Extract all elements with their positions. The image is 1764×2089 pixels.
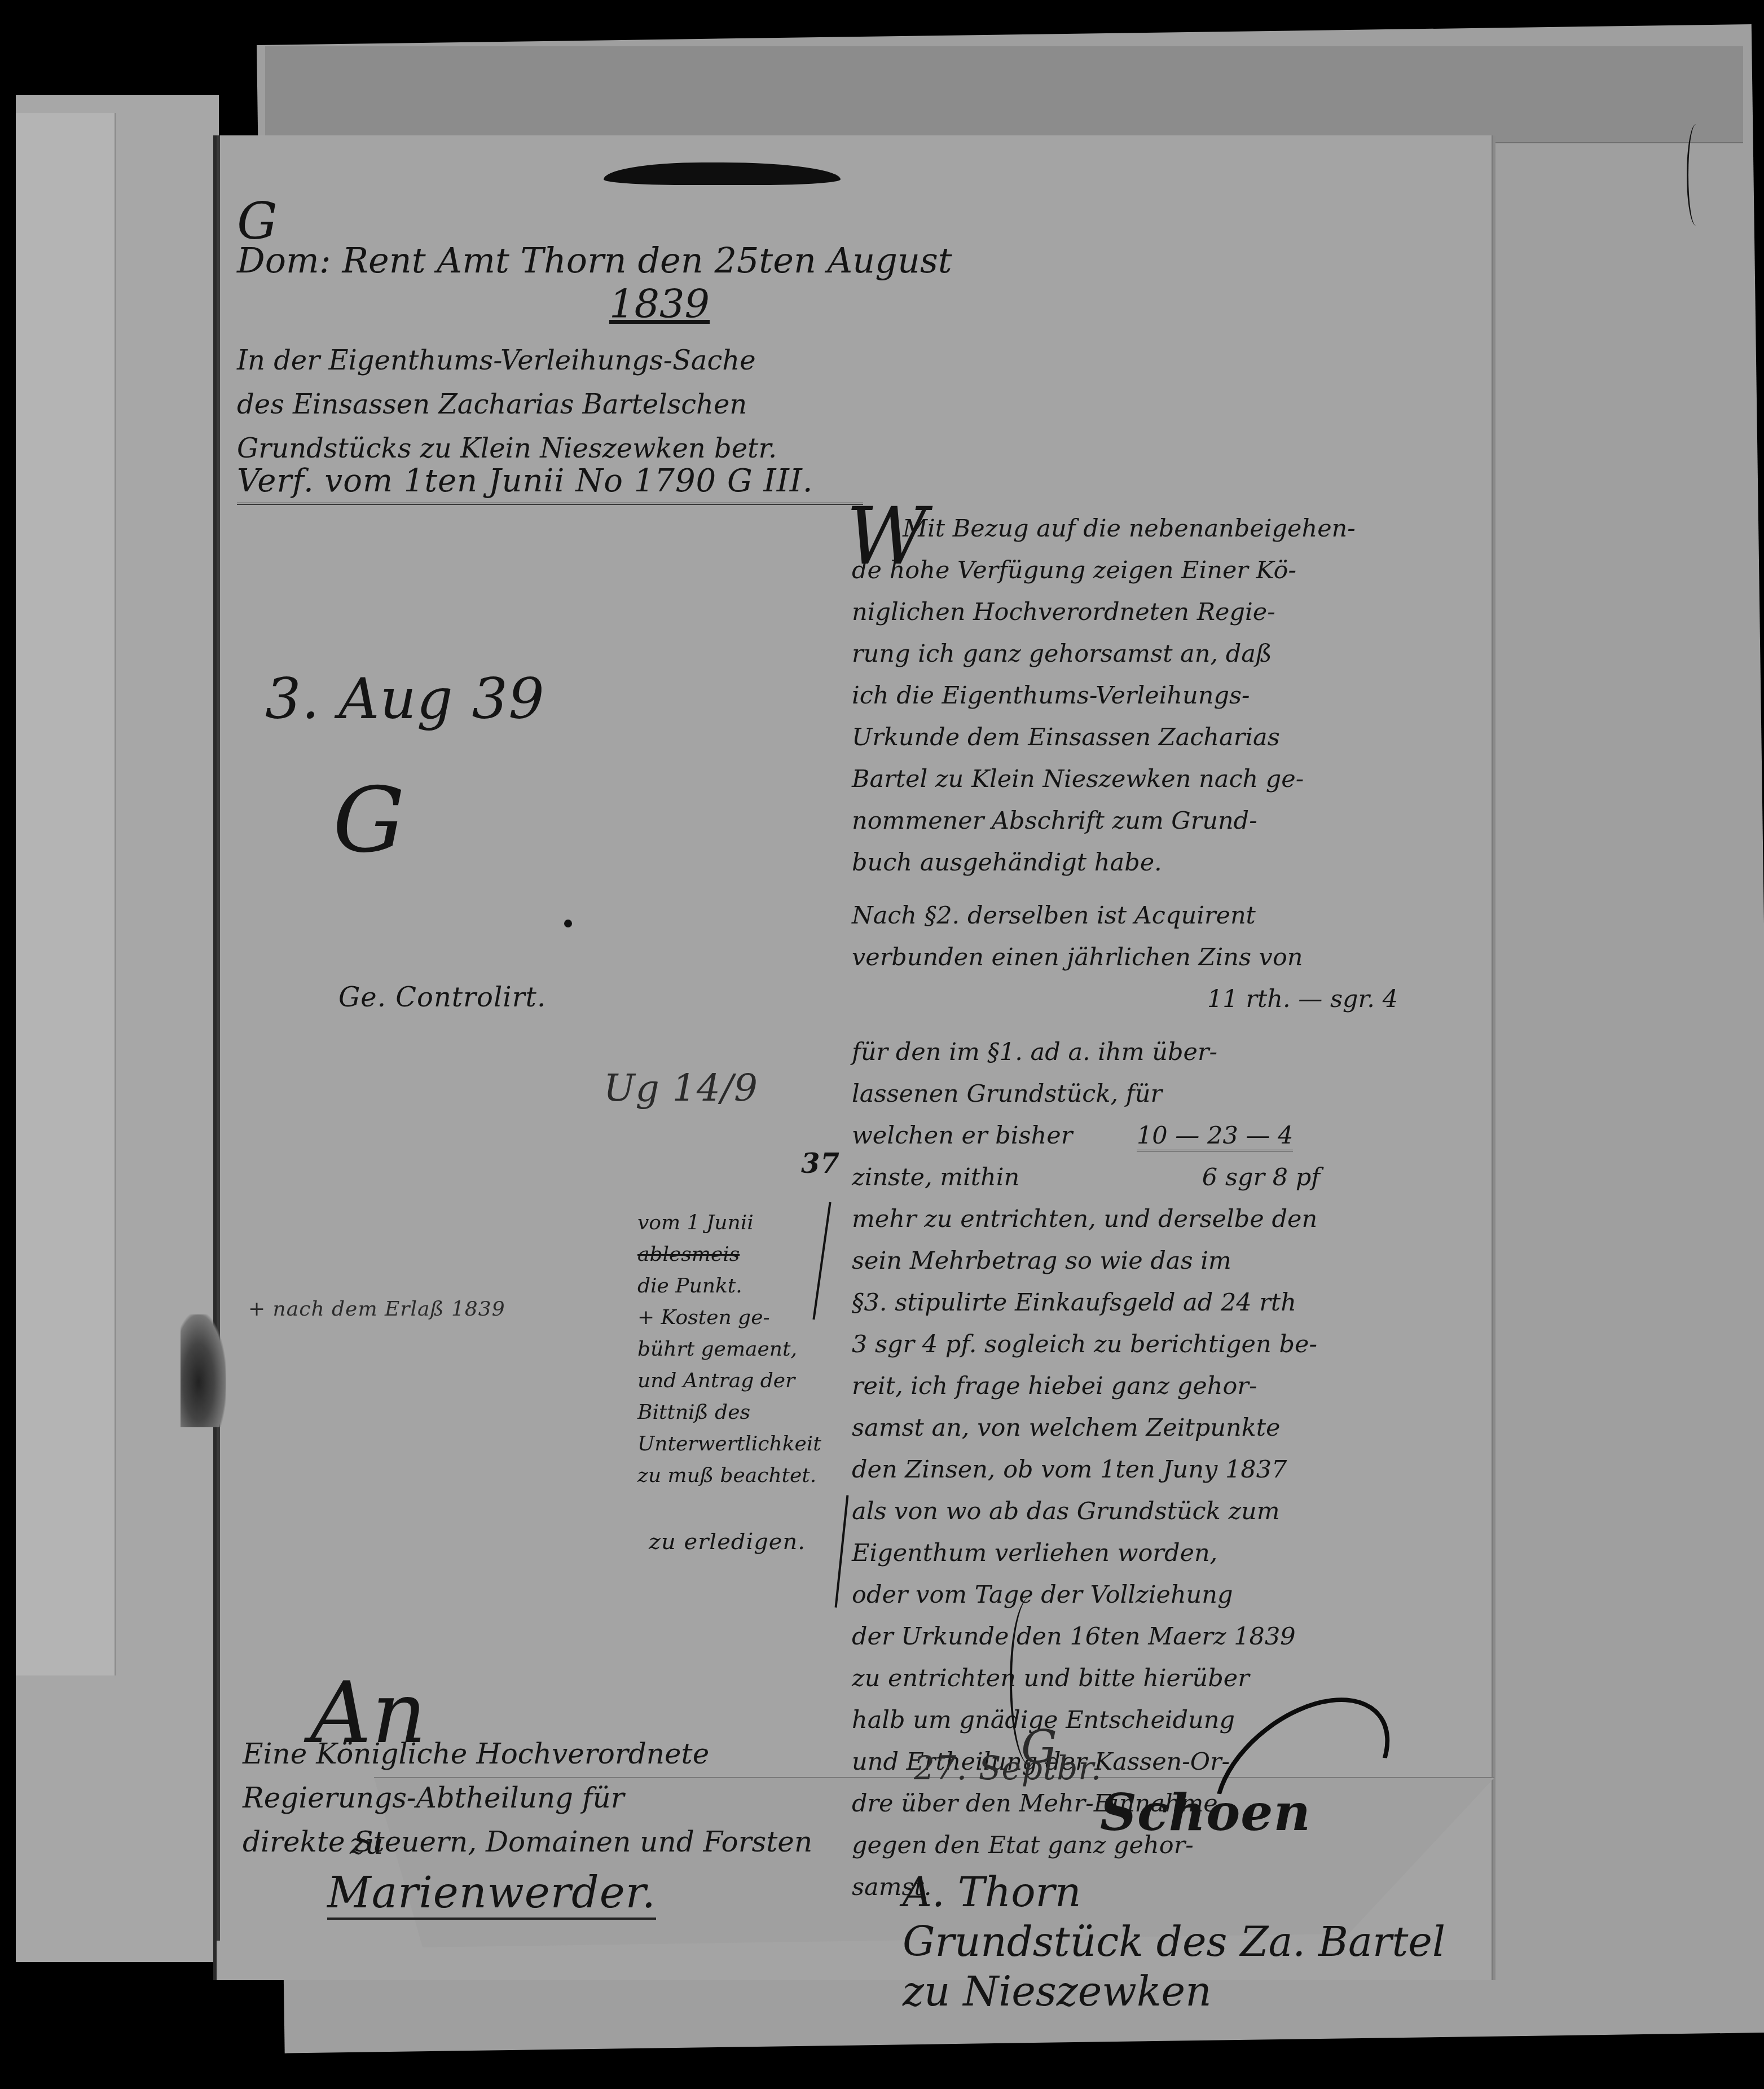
body-line: Urkunde dem Einsassen Zacharias: [852, 716, 1398, 758]
correction-line: Unterwertlichkeit: [637, 1428, 821, 1460]
back-sheet-top-edge: [265, 46, 1743, 143]
margin-g-mark: G: [333, 767, 406, 873]
edge-mark-icon: [1687, 124, 1705, 226]
margin-left-note: + nach dem Erlaß 1839: [248, 1298, 505, 1321]
body-line: 3 sgr 4 pf. sogleich zu berichtigen be-: [852, 1323, 1398, 1365]
docket-line: zu Nieszewken: [903, 1967, 1445, 2016]
margin-zu-note: zu erledigen.: [649, 1529, 806, 1555]
body-line: welchen er bisher 10 — 23 — 4: [852, 1115, 1398, 1156]
body-text: Mit Bezug auf die nebenanbeigehen- de ho…: [852, 508, 1398, 1908]
address-block: Eine Königliche Hochverordnete Regierung…: [243, 1732, 812, 1864]
address-line: Eine Königliche Hochverordnete: [243, 1732, 812, 1776]
subject-line: des Einsassen Zacharias Bartelschen: [237, 382, 777, 426]
header-place-date: Dom: Rent Amt Thorn den 25ten August: [237, 240, 952, 281]
body-line-text: zinste, mithin: [852, 1163, 1019, 1191]
address-line: direkte Steuern, Domainen und Forsten: [243, 1820, 812, 1864]
docket-line: Grundstück des Za. Bartel: [903, 1917, 1445, 1967]
correction-number: 37: [801, 1148, 840, 1180]
body-line: rung ich ganz gehorsamst an, daß: [852, 633, 1398, 675]
amount-previous: 10 — 23 — 4: [1137, 1122, 1293, 1151]
margin-ug-note: Ug 14/9: [604, 1066, 758, 1110]
body-line: Mit Bezug auf die nebenanbeigehen-: [903, 508, 1398, 549]
correction-line: + Kosten ge-: [637, 1302, 821, 1334]
amount-difference: 6 sgr 8 pf: [1202, 1163, 1320, 1191]
docket-line: A. Thorn: [903, 1867, 1445, 1917]
body-line: nommener Abschrift zum Grund-: [852, 800, 1398, 842]
body-line: lassenen Grundstück, für: [852, 1073, 1398, 1115]
header-year: 1839: [609, 281, 952, 327]
document-header: G Dom: Rent Amt Thorn den 25ten August 1…: [237, 192, 952, 327]
body-line: niglichen Hochverordneten Regie-: [852, 591, 1398, 633]
body-line: verbunden einen jährlichen Zins von: [852, 936, 1398, 978]
subject-block: In der Eigenthums-Verleihungs-Sache des …: [237, 338, 777, 470]
correction-line: zu muß beachtet.: [637, 1460, 821, 1492]
subject-reference: Verf. vom 1ten Junii No 1790 G III.: [237, 463, 863, 505]
body-line: buch ausgehändigt habe.: [852, 842, 1398, 883]
address-city: Marienwerder.: [327, 1867, 656, 1920]
body-line: reit, ich frage hiebei ganz gehor-: [852, 1365, 1398, 1407]
correction-line: Bittniß des: [637, 1397, 821, 1428]
ink-stain: [181, 1314, 226, 1427]
body-line: Eigenthum verliehen worden,: [852, 1532, 1398, 1574]
amount-annual-interest: 11 rth. — sgr. 4: [852, 978, 1398, 1020]
correction-line: die Punkt.: [637, 1270, 821, 1302]
closing-g-mark: G: [1021, 1721, 1058, 1773]
body-line: Nach §2. derselben ist Acquirent: [852, 895, 1398, 936]
docket-note: A. Thorn Grundstück des Za. Bartel zu Ni…: [903, 1867, 1445, 2016]
body-line: zinste, mithin 6 sgr 8 pf: [852, 1156, 1398, 1198]
correction-line: bührt gemaent,: [637, 1334, 821, 1365]
correction-line: ablesmeis: [637, 1239, 821, 1270]
address-zu: zu: [350, 1828, 384, 1861]
margin-date-note: 3. Aug 39: [265, 666, 545, 732]
margin-correction-block: vom 1 Junii ablesmeis die Punkt. + Koste…: [637, 1207, 821, 1492]
body-line: de hohe Verfügung zeigen Einer Kö-: [852, 549, 1398, 591]
body-line: als von wo ab das Grundstück zum: [852, 1490, 1398, 1532]
subject-line: In der Eigenthums-Verleihungs-Sache: [237, 338, 777, 382]
body-line: für den im §1. ad a. ihm über-: [852, 1031, 1398, 1073]
closing-date: 27. Septbr.: [914, 1749, 1102, 1787]
body-line: der Urkunde den 16ten Maerz 1839: [852, 1616, 1398, 1657]
binding-edge: [217, 135, 220, 1941]
body-line: ich die Eigenthums-Verleihungs-: [852, 675, 1398, 716]
body-line: oder vom Tage der Vollziehung: [852, 1574, 1398, 1616]
left-paper-strip: [16, 113, 116, 1675]
signature: Schoen: [1100, 1783, 1311, 1842]
body-line: mehr zu entrichten, und derselbe den: [852, 1198, 1398, 1240]
body-line: samst an, von welchem Zeitpunkte: [852, 1407, 1398, 1449]
correction-line: und Antrag der: [637, 1365, 821, 1397]
body-line: den Zinsen, ob vom 1ten Juny 1837: [852, 1449, 1398, 1490]
body-line: Bartel zu Klein Nieszewken nach ge-: [852, 758, 1398, 800]
address-line: Regierungs-Abtheilung für: [243, 1776, 812, 1820]
ink-dot: [564, 920, 572, 927]
correction-line: vom 1 Junii: [637, 1207, 821, 1239]
body-line: sein Mehrbetrag so wie das im: [852, 1240, 1398, 1282]
body-line: zu entrichten und bitte hierüber: [852, 1657, 1398, 1699]
body-line: §3. stipulirte Einkaufsgeld ad 24 rth: [852, 1282, 1398, 1323]
body-line-text: welchen er bisher: [852, 1122, 1072, 1150]
margin-controlled-note: Ge. Controlirt.: [338, 982, 546, 1013]
